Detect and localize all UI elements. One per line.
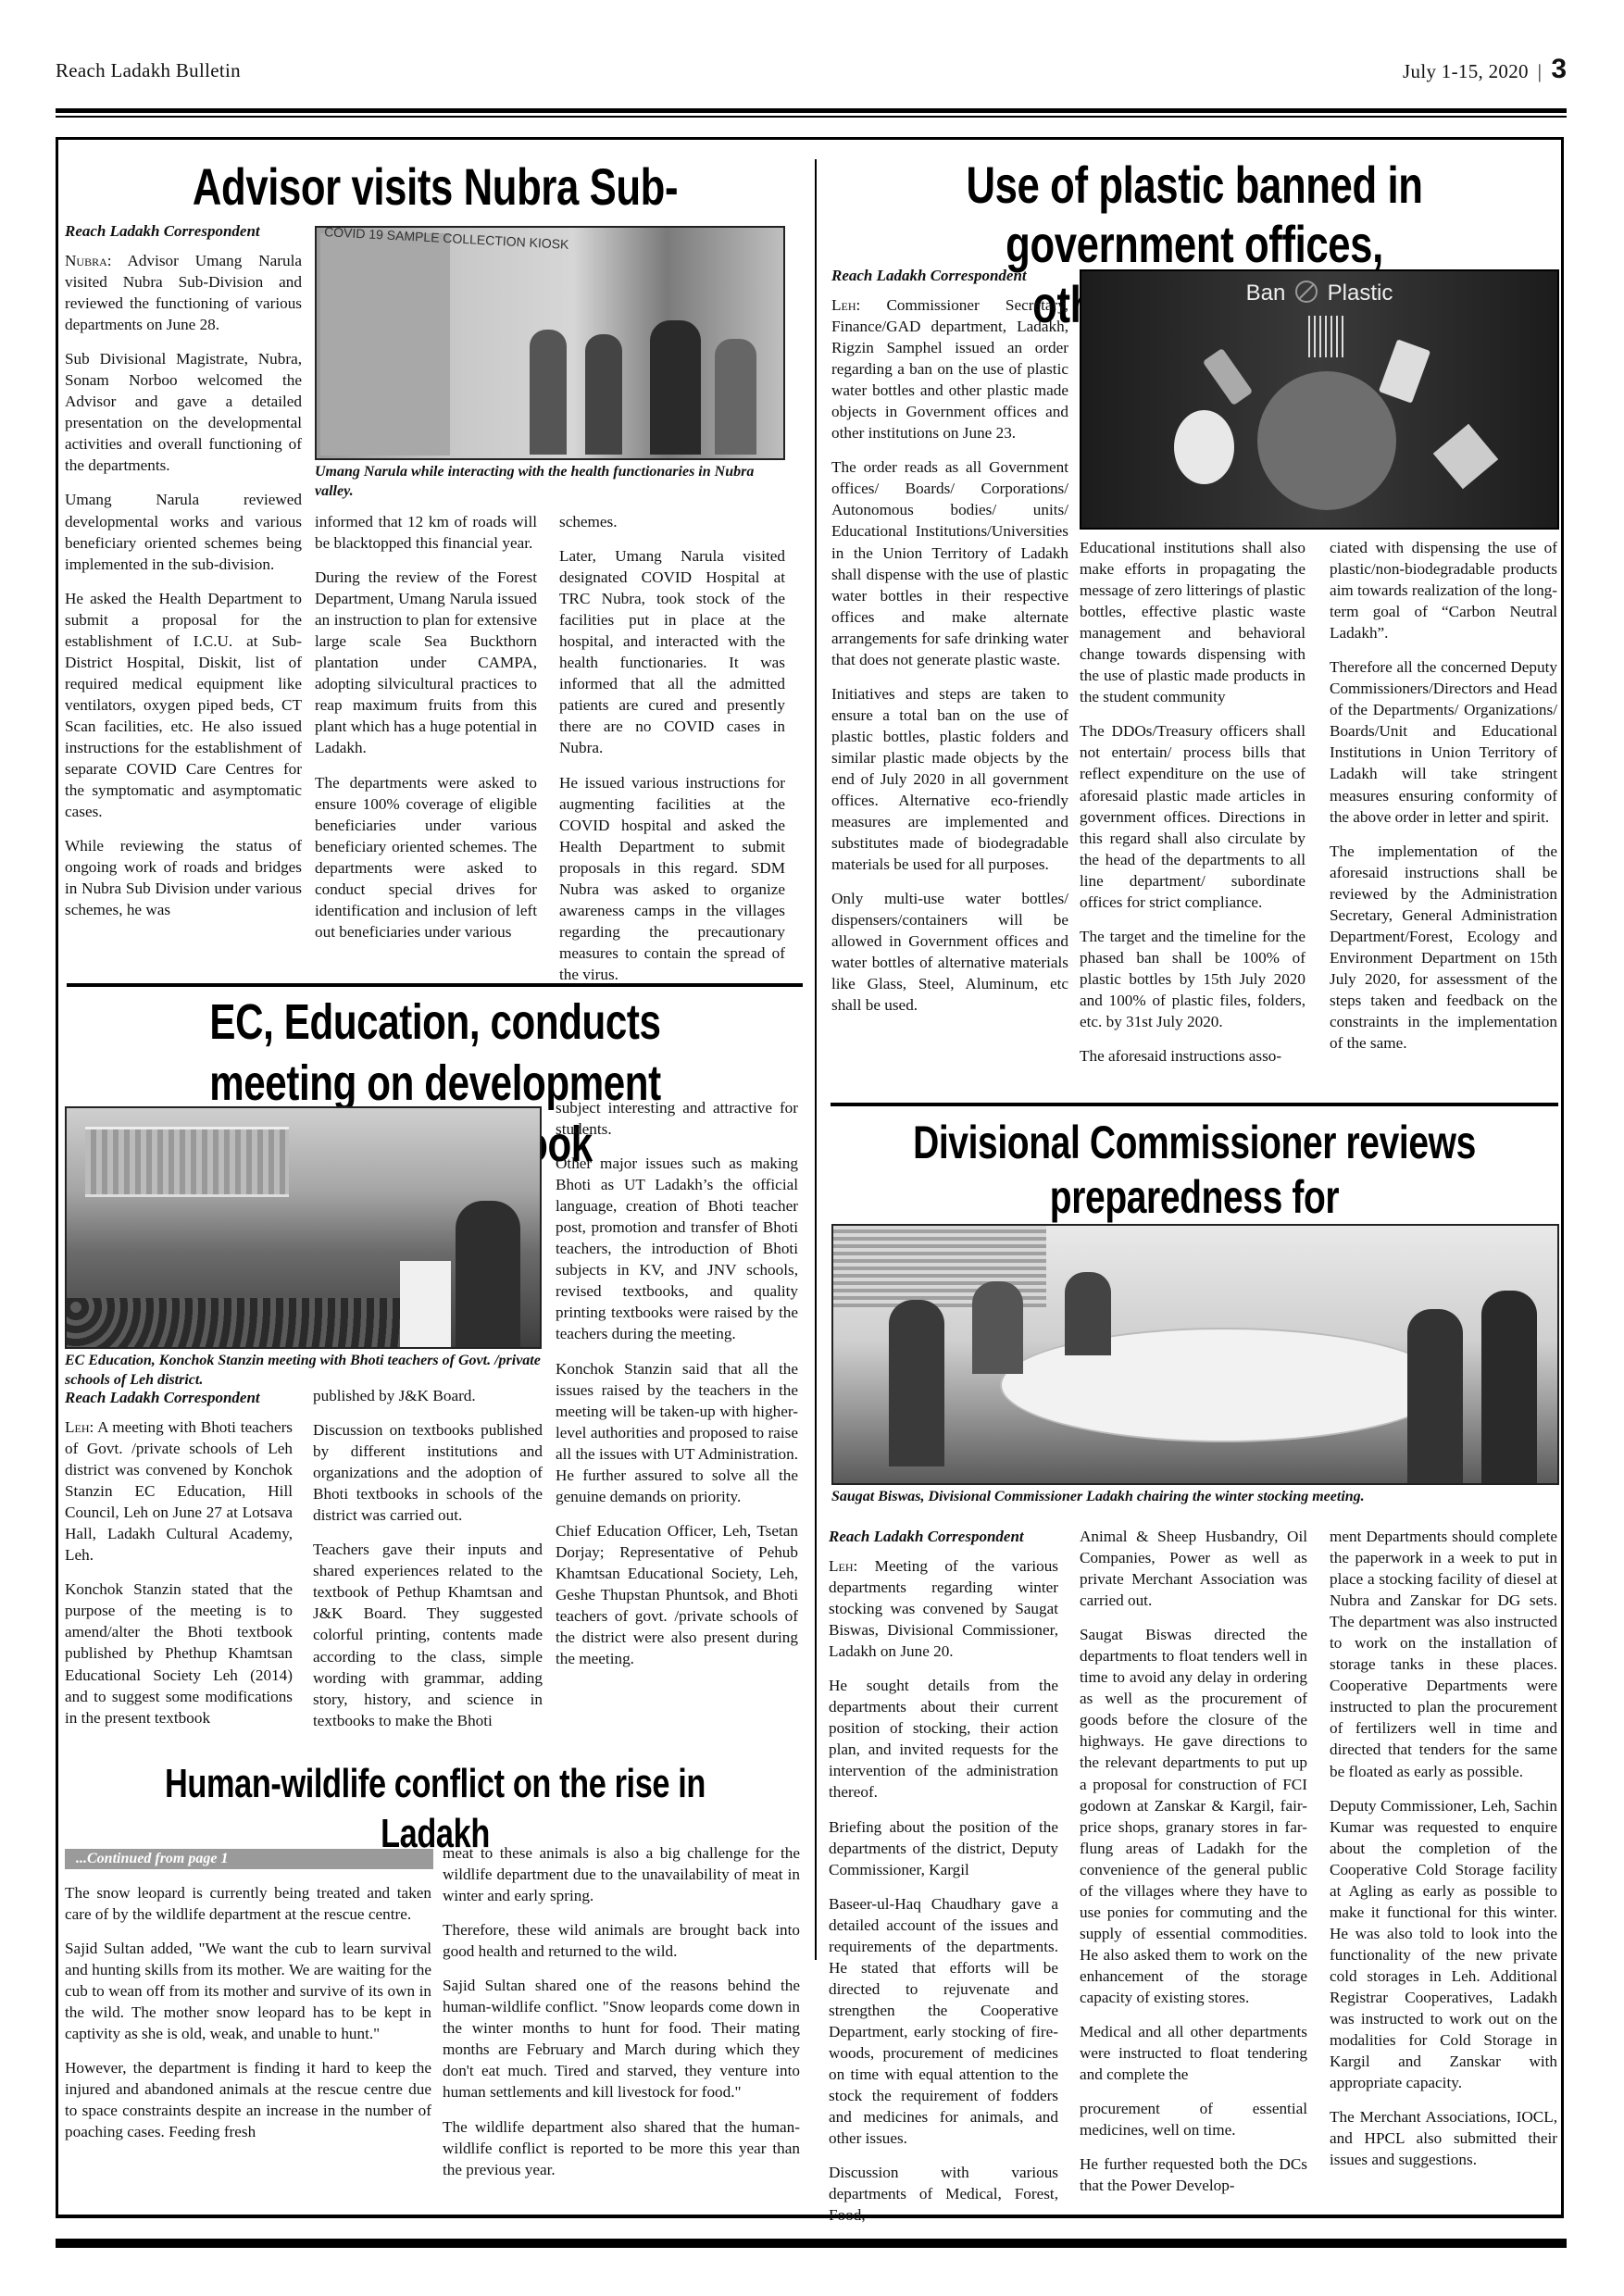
paragraph: Medical and all other departments were i… bbox=[1080, 2021, 1307, 2085]
paragraph: Deputy Commissioner, Leh, Sachin Kumar w… bbox=[1330, 1795, 1557, 2094]
headline-line-1: Divisional Commissioner reviews prepared… bbox=[906, 1116, 1483, 1225]
section-divider bbox=[67, 983, 803, 987]
paragraph: He issued various instructions for augme… bbox=[559, 772, 785, 985]
paragraph: The order reads as all Government office… bbox=[831, 456, 1068, 669]
paragraph: Sajid Sultan shared one of the reasons b… bbox=[443, 1975, 800, 2103]
article-column-right: subject interesting and attractive for s… bbox=[556, 1097, 798, 1682]
carrier-bag-icon bbox=[1433, 424, 1498, 489]
article-column-1: Nubra: Advisor Umang Narula visited Nubr… bbox=[65, 250, 302, 933]
footer-rule bbox=[56, 2239, 1567, 2248]
paragraph: Leh: Meeting of the various departments … bbox=[829, 1555, 1058, 1662]
photo-health-functionaries: COVID 19 SAMPLE COLLECTION KIOSK bbox=[315, 226, 785, 460]
dateline: Leh: bbox=[65, 1418, 94, 1436]
article-column-2: Educational institutions shall also make… bbox=[1080, 537, 1305, 1079]
headline-line-1: Use of plastic banned in government offi… bbox=[906, 156, 1483, 275]
cup-icon bbox=[1379, 339, 1430, 403]
paragraph: Leh: A meeting with Bhoti teachers of Go… bbox=[65, 1416, 293, 1566]
paragraph: Baseer-ul-Haq Chaudhary gave a detailed … bbox=[829, 1893, 1058, 2150]
headline-line-1: EC, Education, conducts meeting on devel… bbox=[146, 992, 724, 1115]
paragraph: Only multi-use water bottles/ dispensers… bbox=[831, 888, 1068, 1016]
continued-from-page-1-label: ...Continued from page 1 bbox=[65, 1849, 433, 1869]
header-rule-thick bbox=[56, 108, 1567, 113]
paragraph: The wildlife department also shared that… bbox=[443, 2116, 800, 2180]
header-separator: | bbox=[1538, 60, 1543, 83]
article-column-3: ment Departments should complete the pap… bbox=[1330, 1526, 1557, 2183]
paragraph: Animal & Sheep Husbandry, Oil Companies,… bbox=[1080, 1526, 1307, 1611]
paragraph: Sajid Sultan added, "We want the cub to … bbox=[65, 1938, 431, 2044]
paragraph: Later, Umang Narula visited designated C… bbox=[559, 545, 785, 758]
paragraph: Therefore all the concerned Deputy Commi… bbox=[1330, 656, 1557, 827]
photo-caption: Umang Narula while interacting with the … bbox=[315, 463, 787, 502]
paragraph: schemes. bbox=[559, 511, 785, 532]
running-head-publication: Reach Ladakh Bulletin bbox=[56, 59, 241, 82]
article-column-2: meat to these animals is also a big chal… bbox=[443, 1842, 800, 2193]
paragraph: meat to these animals is also a big chal… bbox=[443, 1842, 800, 1906]
paragraph: The departments were asked to ensure 100… bbox=[315, 772, 537, 942]
paragraph: Discussion on textbooks published by dif… bbox=[313, 1419, 543, 1526]
paragraph: informed that 12 km of roads will be bla… bbox=[315, 511, 537, 554]
byline: Reach Ladakh Correspondent bbox=[65, 222, 260, 241]
paragraph: Briefing about the position of the depar… bbox=[829, 1816, 1058, 1880]
byline: Reach Ladakh Correspondent bbox=[65, 1389, 260, 1407]
dateline: Leh: bbox=[829, 1557, 857, 1575]
paragraph: The implementation of the aforesaid inst… bbox=[1330, 841, 1557, 1054]
running-head-right: July 1-15, 2020 | 3 bbox=[1403, 54, 1567, 85]
photo-bhoti-meeting bbox=[65, 1106, 542, 1349]
paragraph: published by J&K Board. bbox=[313, 1385, 543, 1406]
ban-plastic-illustration: Ban Plastic bbox=[1080, 269, 1559, 530]
paragraph: Educational institutions shall also make… bbox=[1080, 537, 1305, 707]
straws-icon bbox=[1308, 316, 1345, 357]
header-rule-thin bbox=[56, 116, 1567, 118]
paragraph: Umang Narula reviewed developmental work… bbox=[65, 489, 302, 574]
article-column-1: Leh: Meeting of the various departments … bbox=[829, 1555, 1058, 2239]
section-divider bbox=[831, 1103, 1558, 1106]
paragraph: During the review of the Forest Departme… bbox=[315, 567, 537, 758]
paragraph: ment Departments should complete the pap… bbox=[1330, 1526, 1557, 1782]
paragraph: Konchok Stanzin said that all the issues… bbox=[556, 1358, 798, 1507]
article-column-3: ciated with dispensing the use of plasti… bbox=[1330, 537, 1557, 1067]
paragraph: The DDOs/Treasury officers shall not ent… bbox=[1080, 720, 1305, 912]
paragraph: The target and the timeline for the phas… bbox=[1080, 926, 1305, 1032]
paragraph: Initiatives and steps are taken to ensur… bbox=[831, 683, 1068, 875]
paragraph: Saugat Biswas directed the departments t… bbox=[1080, 1624, 1307, 2008]
article-column-2: informed that 12 km of roads will be bla… bbox=[315, 511, 537, 955]
ban-plastic-title: Ban Plastic bbox=[1081, 281, 1557, 306]
paragraph: He sought details from the departments a… bbox=[829, 1675, 1058, 1803]
photo-caption: Saugat Biswas, Divisional Commissioner L… bbox=[831, 1488, 1559, 1507]
paragraph: ciated with dispensing the use of plasti… bbox=[1330, 537, 1557, 643]
bag-icon bbox=[1174, 410, 1234, 484]
article-column-2: published by J&K Board. Discussion on te… bbox=[313, 1385, 543, 1744]
paragraph: He further requested both the DCs that t… bbox=[1080, 2153, 1307, 2196]
paragraph: Teachers gave their inputs and shared ex… bbox=[313, 1539, 543, 1730]
prohibited-icon bbox=[1295, 281, 1318, 303]
paragraph: However, the department is finding it ha… bbox=[65, 2057, 431, 2142]
globe-icon bbox=[1257, 371, 1396, 510]
paragraph: The aforesaid instructions asso- bbox=[1080, 1045, 1305, 1067]
photo-winter-stocking-meeting bbox=[831, 1224, 1559, 1485]
column-divider bbox=[815, 159, 817, 1960]
paragraph: Nubra: Advisor Umang Narula visited Nubr… bbox=[65, 250, 302, 335]
byline: Reach Ladakh Correspondent bbox=[829, 1528, 1024, 1546]
page-number: 3 bbox=[1551, 54, 1567, 85]
article-column-1: Leh: A meeting with Bhoti teachers of Go… bbox=[65, 1416, 293, 1741]
article-column-1: Leh: Commissioner Secretary, Finance/GAD… bbox=[831, 294, 1068, 1029]
paragraph: Konchok Stanzin stated that the purpose … bbox=[65, 1578, 293, 1728]
paragraph: The snow leopard is currently being trea… bbox=[65, 1882, 431, 1925]
paragraph: Leh: Commissioner Secretary, Finance/GAD… bbox=[831, 294, 1068, 443]
article-column-3: schemes. Later, Umang Narula visited des… bbox=[559, 511, 785, 998]
bottle-icon bbox=[1203, 348, 1254, 406]
paragraph: Other major issues such as making Bhoti … bbox=[556, 1153, 798, 1344]
paragraph: He asked the Health Department to submit… bbox=[65, 588, 302, 823]
paragraph: Sub Divisional Magistrate, Nubra, Sonam … bbox=[65, 348, 302, 476]
issue-date: July 1-15, 2020 bbox=[1403, 60, 1529, 83]
paragraph: While reviewing the status of ongoing wo… bbox=[65, 835, 302, 920]
paragraph: Discussion with various departments of M… bbox=[829, 2162, 1058, 2226]
dateline: Nubra: bbox=[65, 252, 112, 269]
paragraph: subject interesting and attractive for s… bbox=[556, 1097, 798, 1140]
dateline: Leh: bbox=[831, 296, 860, 314]
article-column-1: The snow leopard is currently being trea… bbox=[65, 1882, 431, 2156]
article-column-2: Animal & Sheep Husbandry, Oil Companies,… bbox=[1080, 1526, 1307, 2209]
paragraph: procurement of essential medicines, well… bbox=[1080, 2098, 1307, 2140]
paragraph: The Merchant Associations, IOCL, and HPC… bbox=[1330, 2106, 1557, 2170]
paragraph: Chief Education Officer, Leh, Tsetan Dor… bbox=[556, 1520, 798, 1669]
byline: Reach Ladakh Correspondent bbox=[831, 267, 1027, 285]
paragraph: Therefore, these wild animals are brough… bbox=[443, 1919, 800, 1962]
